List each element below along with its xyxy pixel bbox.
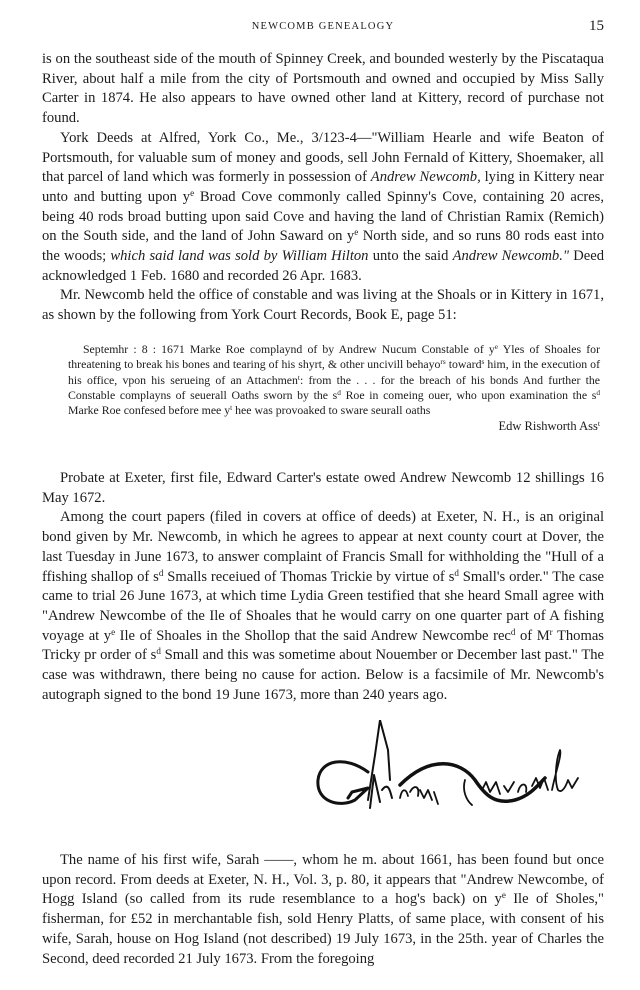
- running-title: NEWCOMB GENEALOGY: [42, 21, 604, 32]
- quote-text: Septemhr : 8 : 1671 Marke Roe complaynd …: [68, 342, 600, 418]
- body-text-middle: Probate at Exeter, first file, Edward Ca…: [42, 469, 604, 705]
- paragraph-court-papers: Among the court papers (filed in covers …: [42, 508, 604, 705]
- paragraph-continuation: is on the southeast side of the mouth of…: [42, 50, 604, 129]
- signature-image: [310, 720, 610, 840]
- quote-signer: Edw Rishworth Asst: [68, 419, 600, 434]
- page-header: NEWCOMB GENEALOGY 15: [42, 18, 604, 38]
- body-text-top: is on the southeast side of the mouth of…: [42, 50, 604, 326]
- paragraph-probate: Probate at Exeter, first file, Edward Ca…: [42, 469, 604, 508]
- paragraph-york-deeds: York Deeds at Alfred, York Co., Me., 3/1…: [42, 129, 604, 287]
- paragraph-first-wife: The name of his first wife, Sarah ——, wh…: [42, 851, 604, 969]
- court-record-quote: Septemhr : 8 : 1671 Marke Roe complaynd …: [68, 342, 600, 435]
- paragraph-constable: Mr. Newcomb held the office of constable…: [42, 286, 604, 325]
- body-text-bottom: The name of his first wife, Sarah ——, wh…: [42, 851, 604, 969]
- autograph-facsimile: [310, 720, 610, 840]
- page-number: 15: [589, 18, 604, 35]
